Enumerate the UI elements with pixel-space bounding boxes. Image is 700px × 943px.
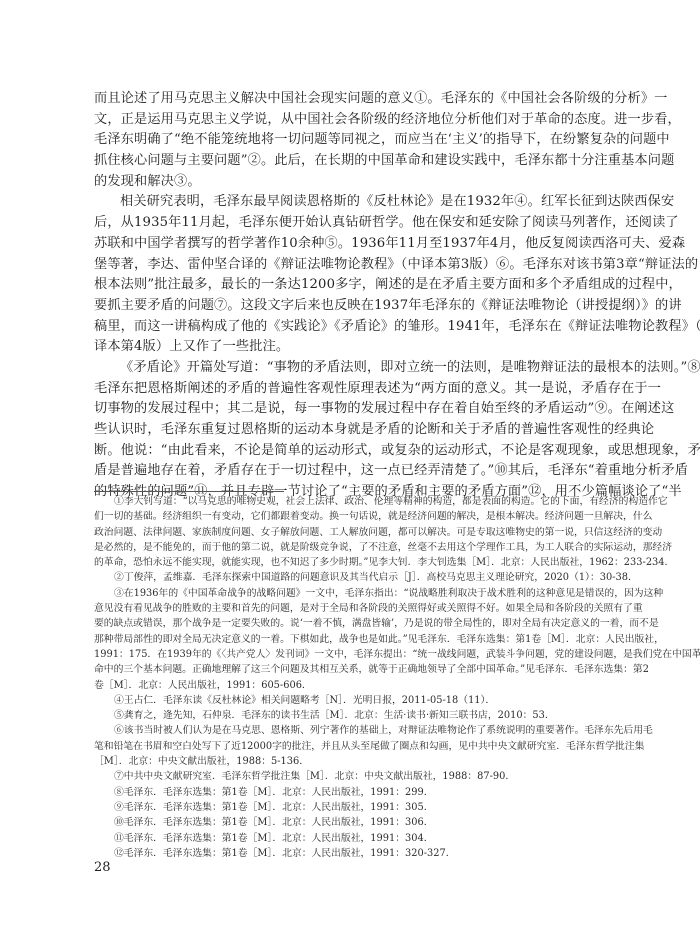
body-line: 堡等著，李达、雷仲坚合译的《辩证法唯物论教程》（中译本第3版）⑥。毛泽东对该书第… (94, 255, 605, 276)
footnote-10: ⑩毛泽东．毛泽东选集：第1卷［M］．北京：人民出版社，1991：306． (94, 815, 605, 830)
footnote-9: ⑨毛泽东．毛泽东选集：第1卷［M］．北京：人民出版社，1991：305． (94, 800, 605, 815)
footnote-line: 笔和铅笔在书眉和空白处写下了近12000字的批注，并且从头至尾做了圈点和勾画，见… (94, 739, 605, 754)
body-line: 盾是普遍地存在着，矛盾存在于一切过程中，这一点已经弄清楚了。”⑩其后，毛泽东“着… (94, 461, 605, 482)
body-line: 文，正是运用马克思主义学说，从中国社会各阶级的经济地位分析他们对于革命的态度。进… (94, 110, 605, 131)
footnote-11: ⑪毛泽东．毛泽东选集：第1卷［M］．北京：人民出版社，1991：304． (94, 831, 605, 846)
body-line: 稿里，而这一讲稿构成了他的《实践论》《矛盾论》的雏形。1941年，毛泽东在《辩证… (94, 317, 605, 338)
footnote-7: ⑦中共中央文献研究室．毛泽东哲学批注集［M］．北京：中央文献出版社，1988：8… (94, 769, 605, 784)
body-line: 的发现和解决③。 (94, 172, 605, 193)
body-line: 切事物的发展过程中；其二是说，每一事物的发展过程中存在着自始至终的矛盾运动”⑨。… (94, 399, 605, 420)
body-line: 苏联和中国学者撰写的哲学著作10余种⑤。1936年11月至1937年4月，他反复… (94, 234, 605, 255)
page-number: 28 (94, 860, 111, 876)
footnote-line: 卷［M］．北京：人民出版社，1991：605-606． (94, 678, 605, 693)
footnotes: ①李大钊写道：“以马克思的唯物史观，社会上法律、政治、伦理等精神的构造，都是表面… (94, 494, 605, 861)
body-line: 根本法则”批注最多，最长的一条达1200多字，阐述的是在矛盾主要方面和多个矛盾组… (94, 275, 605, 296)
footnote-line: 政治问题、法律问题、家族制度问题、女子解放问题、工人解放问题，都可以解决。可是专… (94, 525, 605, 540)
body-text: 而且论述了用马克思主义解决中国社会现实问题的意义①。毛泽东的《中国社会各阶级的分… (94, 89, 605, 503)
paragraph-start-line: 《矛盾论》开篇处写道：“事物的矛盾法则，即对立统一的法则，是唯物辩证法的最根本的… (94, 358, 605, 379)
body-line: 译本第4版）上又作了一些批注。 (94, 337, 605, 358)
footnote-line: 要的缺点或错误，那个战争是一定要失败的。说‘一着不慎，满盘皆输’，乃是说的带全局… (94, 616, 605, 631)
footnote-line: 们一切的基础。经济组织一有变动，它们都跟着变动。换一句话说，就是经济问题的解决，… (94, 509, 605, 524)
body-line: 断。他说：“由此看来，不论是简单的运动形式，或复杂的运动形式，不论是客观现象，或… (94, 441, 605, 462)
footnote-line: ［M］．北京：中央文献出版社，1988：5-136． (94, 754, 605, 769)
footnote-line: 命中的三个基本问题。正确地理解了这三个问题及其相互关系，就等于正确地领导了全部中… (94, 662, 605, 677)
body-line: 些认识时，毛泽东重复过恩格斯的运动本身就是矛盾的论断和关于矛盾的普遍性客观性的经… (94, 420, 605, 441)
body-line: 抓住核心问题与主要问题”②。此后，在长期的中国革命和建设实践中，毛泽东都十分注重… (94, 151, 605, 172)
footnote-5: ⑤龚育之，逄先知，石仲泉．毛泽东的读书生活［M］．北京：生活·读书·新知三联书店… (94, 708, 605, 723)
footnote-6: ⑥该书当时被人们认为是在马克思、恩格斯、列宁著作的基础上，对辩证法唯物论作了系统… (94, 723, 605, 738)
footnote-8: ⑧毛泽东．毛泽东选集：第1卷［M］．北京：人民出版社，1991：299． (94, 785, 605, 800)
paragraph-start-line: 相关研究表明，毛泽东最早阅读恩格斯的《反杜林论》是在1932年④。红军长征到达陕… (94, 192, 605, 213)
footnote-line: 1991：175．在1939年的《〈共产党人〉发刊词》一文中，毛泽东提出：“统一… (94, 647, 605, 662)
body-line: 毛泽东把恩格斯阐述的矛盾的普遍性客观性原理表述为“两方面的意义。其一是说，矛盾存… (94, 379, 605, 400)
body-line: 毛泽东明确了“绝不能笼统地将一切问题等同视之，而应当在‘主义’的指导下，在纷繁复… (94, 130, 605, 151)
footnote-12: ⑫毛泽东．毛泽东选集：第1卷［M］．北京：人民出版社，1991：320-327． (94, 846, 605, 861)
footnote-2: ②丁俊萍，孟维嘉．毛泽东探索中国道路的问题意识及其当代启示［J］．高校马克思主义… (94, 570, 605, 585)
footnote-divider (94, 491, 284, 492)
body-line: 要抓主要矛盾的问题⑦。这段文字后来也反映在1937年毛泽东的《辩证法唯物论（讲授… (94, 296, 605, 317)
body-line: 而且论述了用马克思主义解决中国社会现实问题的意义①。毛泽东的《中国社会各阶级的分… (94, 89, 605, 110)
footnote-line: 那种带局部性的即对全局无决定意义的一着。下棋如此，战争也是如此。”见毛泽东．毛泽… (94, 632, 605, 647)
footnote-1: ①李大钊写道：“以马克思的唯物史观，社会上法律、政治、伦理等精神的构造，都是表面… (94, 494, 605, 509)
footnote-line: 意见没有看见战争的胜败的主要和首先的问题，是对于全局和各阶段的关照得好或关照得不… (94, 601, 605, 616)
body-line: 后，从1935年11月起，毛泽东便开始认真钻研哲学。他在保安和延安除了阅读马列著… (94, 213, 605, 234)
footnote-3: ③在1936年的《中国革命战争的战略问题》一文中，毛泽东指出：“说战略胜利取决于… (94, 586, 605, 601)
footnote-line: 是必然的，是不能免的，而于他的第二说，就是阶级竞争说，了不注意，丝毫不去用这个学… (94, 540, 605, 555)
footnote-4: ④王占仁．毛泽东读《反杜林论》相关问题略考［N］．光明日报，2011-05-18… (94, 693, 605, 708)
footnote-line: 的革命，恐怕永远不能实现，就能实现，也不知迟了多少时期。”见李大钊．李大钊选集［… (94, 555, 605, 570)
